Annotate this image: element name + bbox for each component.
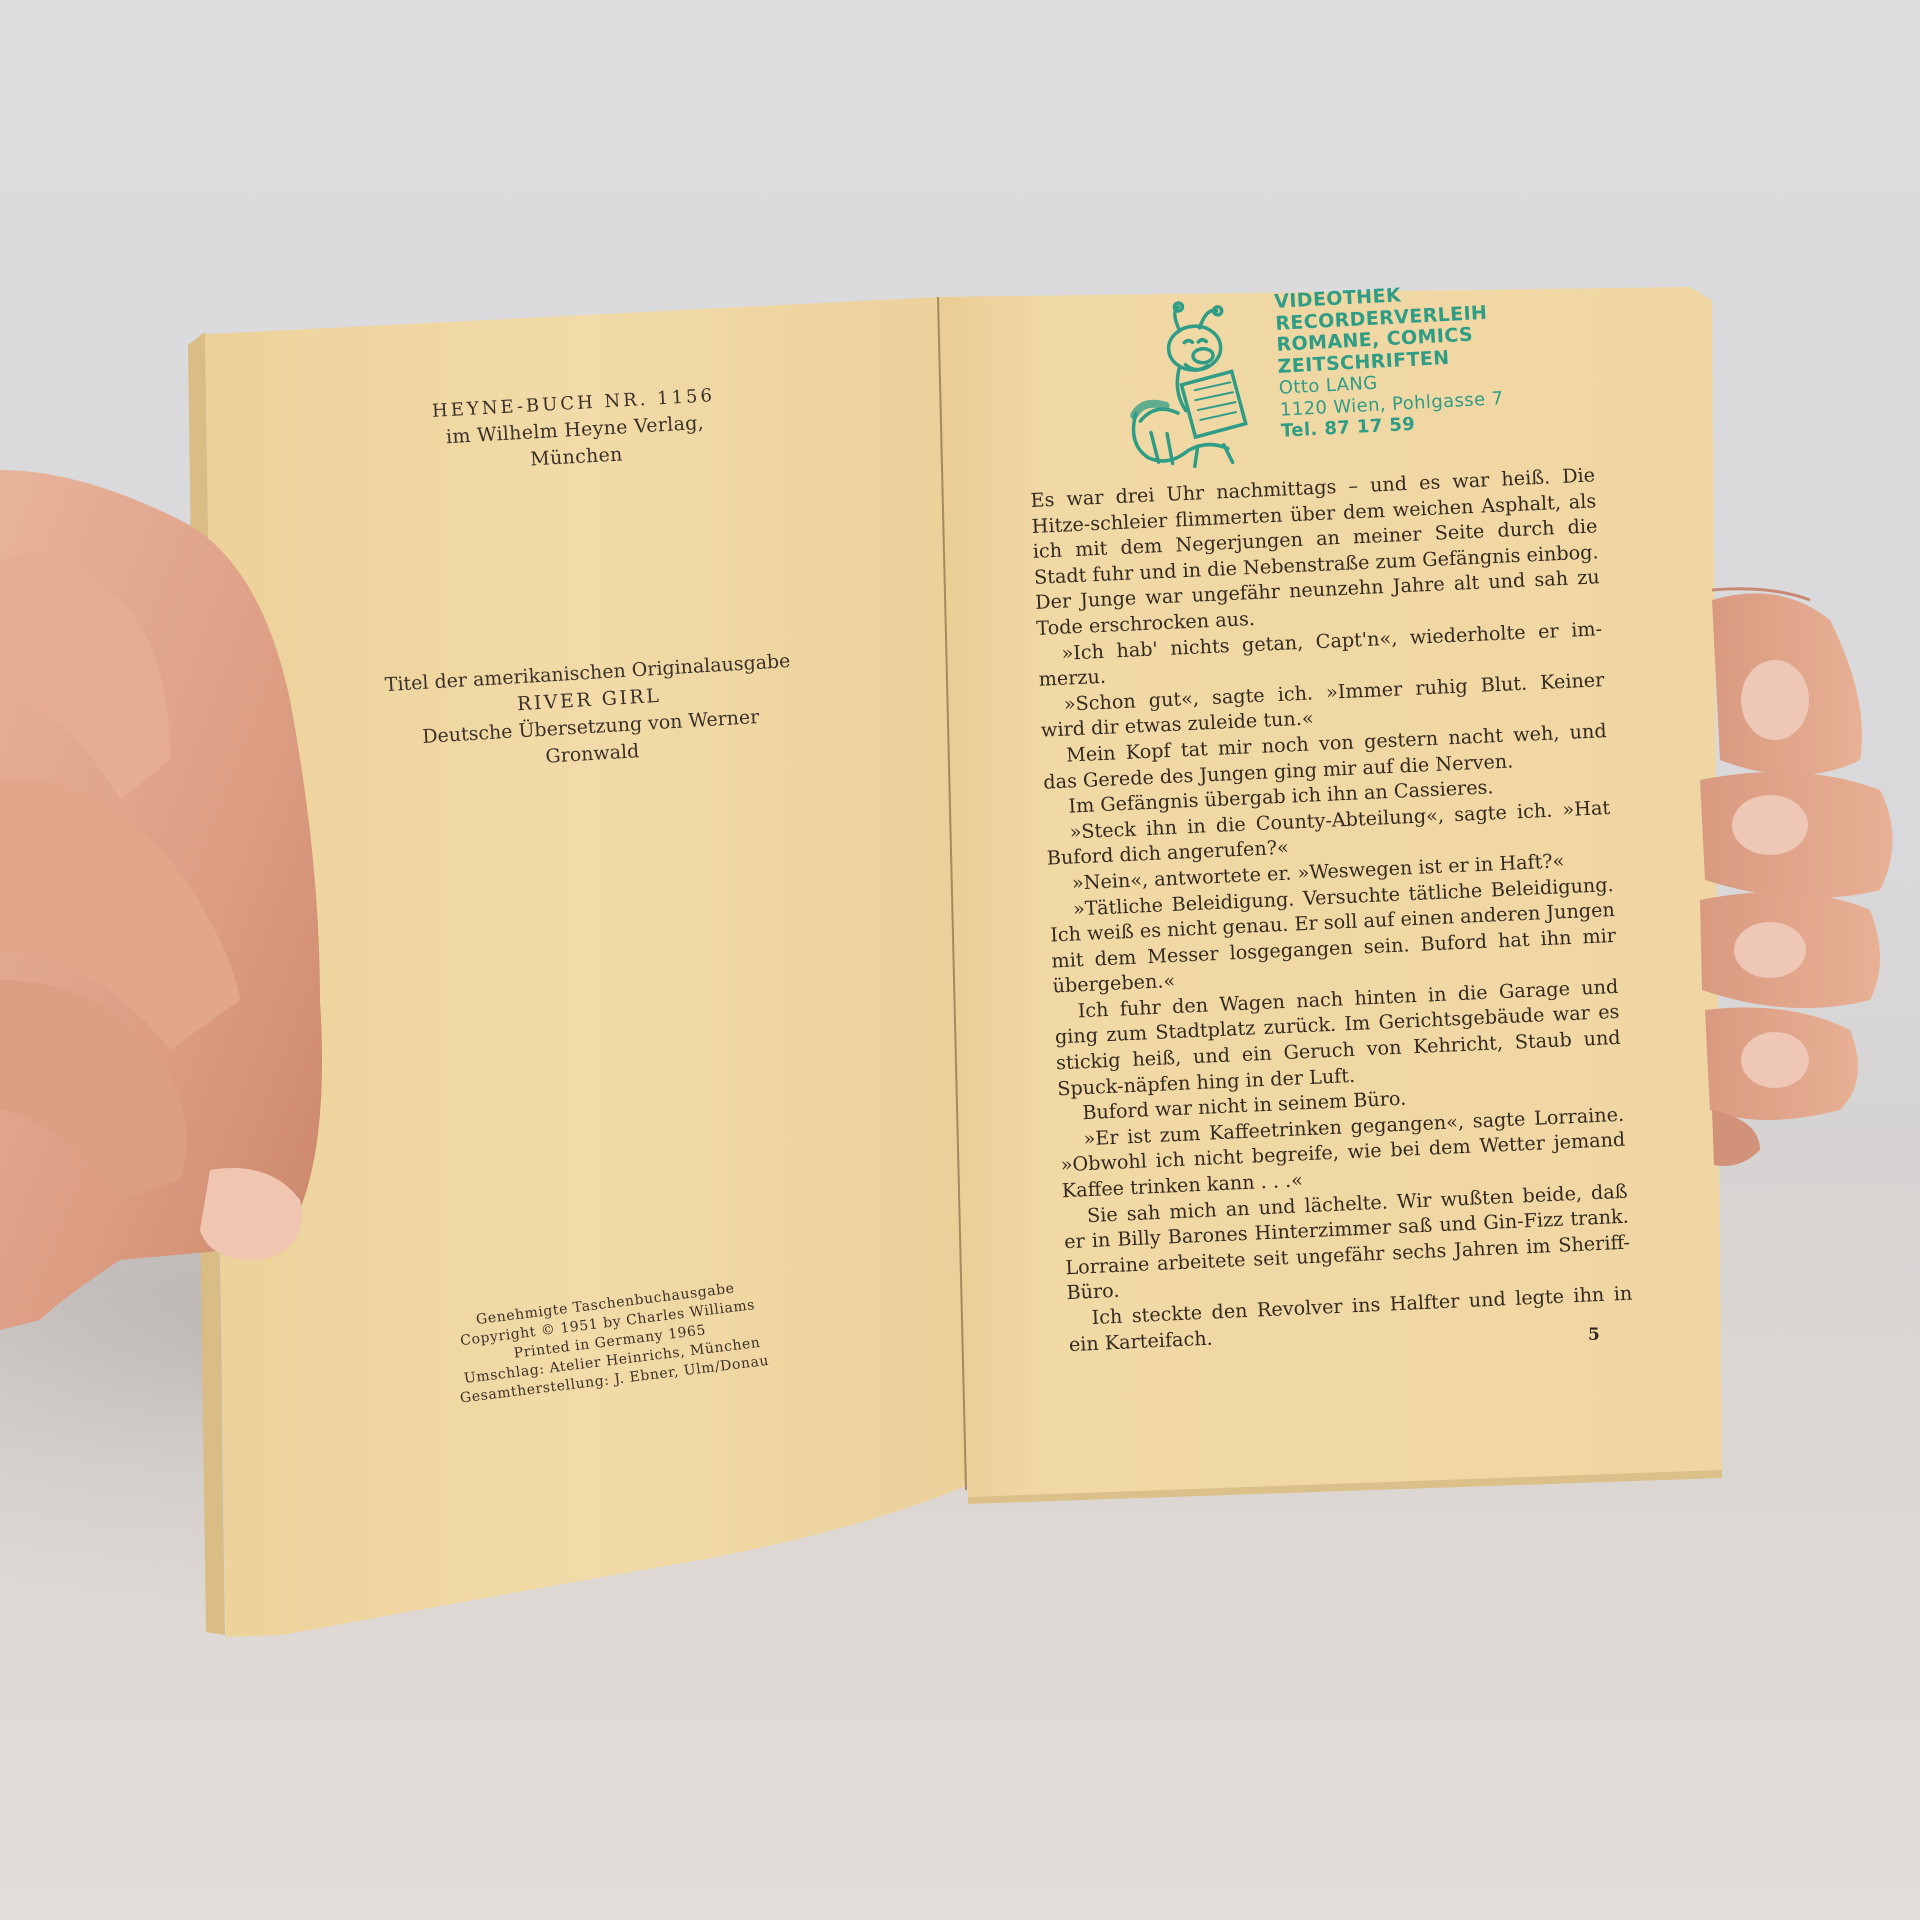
publisher-imprint: HEYNE-BUCH NR. 1156 im Wilhelm Heyne Ver… [403, 381, 747, 481]
page-number: 5 [1588, 1325, 1600, 1345]
photo-scene: HEYNE-BUCH NR. 1156 im Wilhelm Heyne Ver… [0, 0, 1920, 1920]
original-edition-info: Titel der amerikanischen Originalausgabe… [377, 648, 803, 781]
caterpillar-reading-newspaper-icon [1120, 297, 1269, 474]
paragraph: Es war drei Uhr nachmittags – und es war… [1030, 462, 1601, 641]
colophon: Genehmigte Taschenbuchausgabe Copyright … [435, 1275, 784, 1411]
chapter-body-text: Es war drei Uhr nachmittags – und es war… [1030, 462, 1634, 1357]
rental-shop-stamp: VIDEOTHEK RECORDERVERLEIH ROMANE, COMICS… [1120, 279, 1529, 480]
